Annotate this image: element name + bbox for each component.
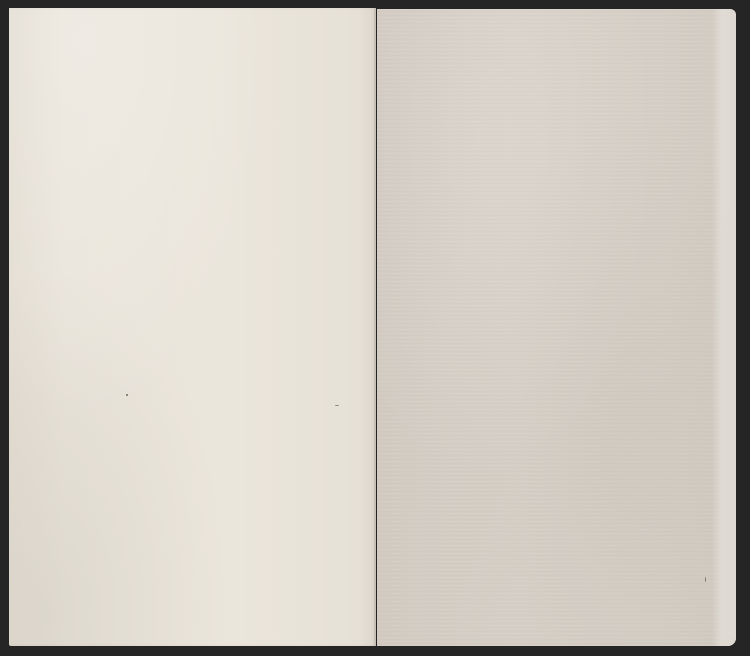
- paper-speck: [705, 577, 706, 582]
- right-page: [377, 9, 736, 646]
- paper-speck: [335, 405, 339, 406]
- paper-speck: [126, 394, 128, 396]
- book-scan: [0, 0, 750, 656]
- left-page: [9, 8, 376, 646]
- right-page-edge: [712, 9, 736, 646]
